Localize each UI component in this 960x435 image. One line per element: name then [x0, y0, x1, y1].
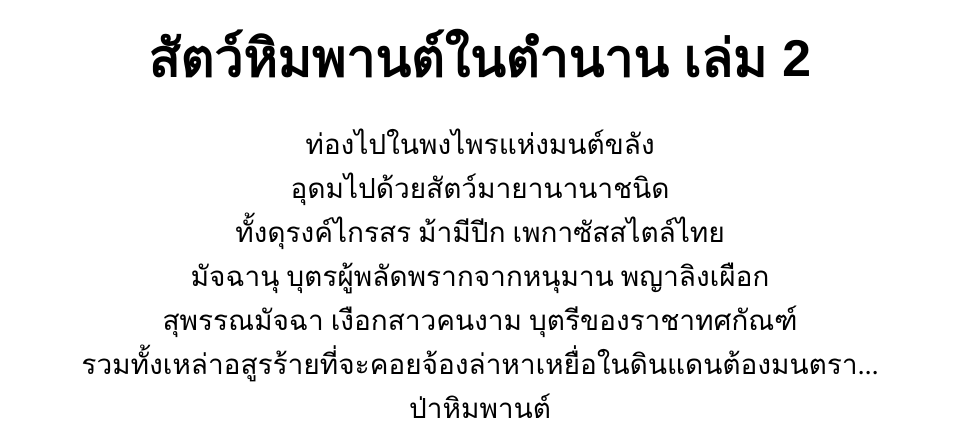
body-line: มัจฉานุ บุตรผู้พลัดพรากจากหนุมาน พญาลิงเ… [0, 256, 960, 300]
body-line: ทั้งดุรงค์ไกรสร ม้ามีปีก เพกาซัสสไตล์ไทย [0, 212, 960, 256]
body-line: รวมทั้งเหล่าอสูรร้ายที่จะคอยจ้องล่าหาเหย… [0, 344, 960, 388]
body-line: ท่องไปในพงไพรแห่งมนต์ขลัง [0, 124, 960, 168]
body-line: อุดมไปด้วยสัตว์มายานานาชนิด [0, 168, 960, 212]
page-title: สัตว์หิมพานต์ในตำนาน เล่ม 2 [0, 0, 960, 110]
body-text-block: ท่องไปในพงไพรแห่งมนต์ขลัง อุดมไปด้วยสัตว… [0, 124, 960, 432]
body-line: สุพรรณมัจฉา เงือกสาวคนงาม บุตรีของราชาทศ… [0, 300, 960, 344]
body-line: ป่าหิมพานต์ [0, 388, 960, 432]
document-page: สัตว์หิมพานต์ในตำนาน เล่ม 2 ท่องไปในพงไพ… [0, 0, 960, 435]
